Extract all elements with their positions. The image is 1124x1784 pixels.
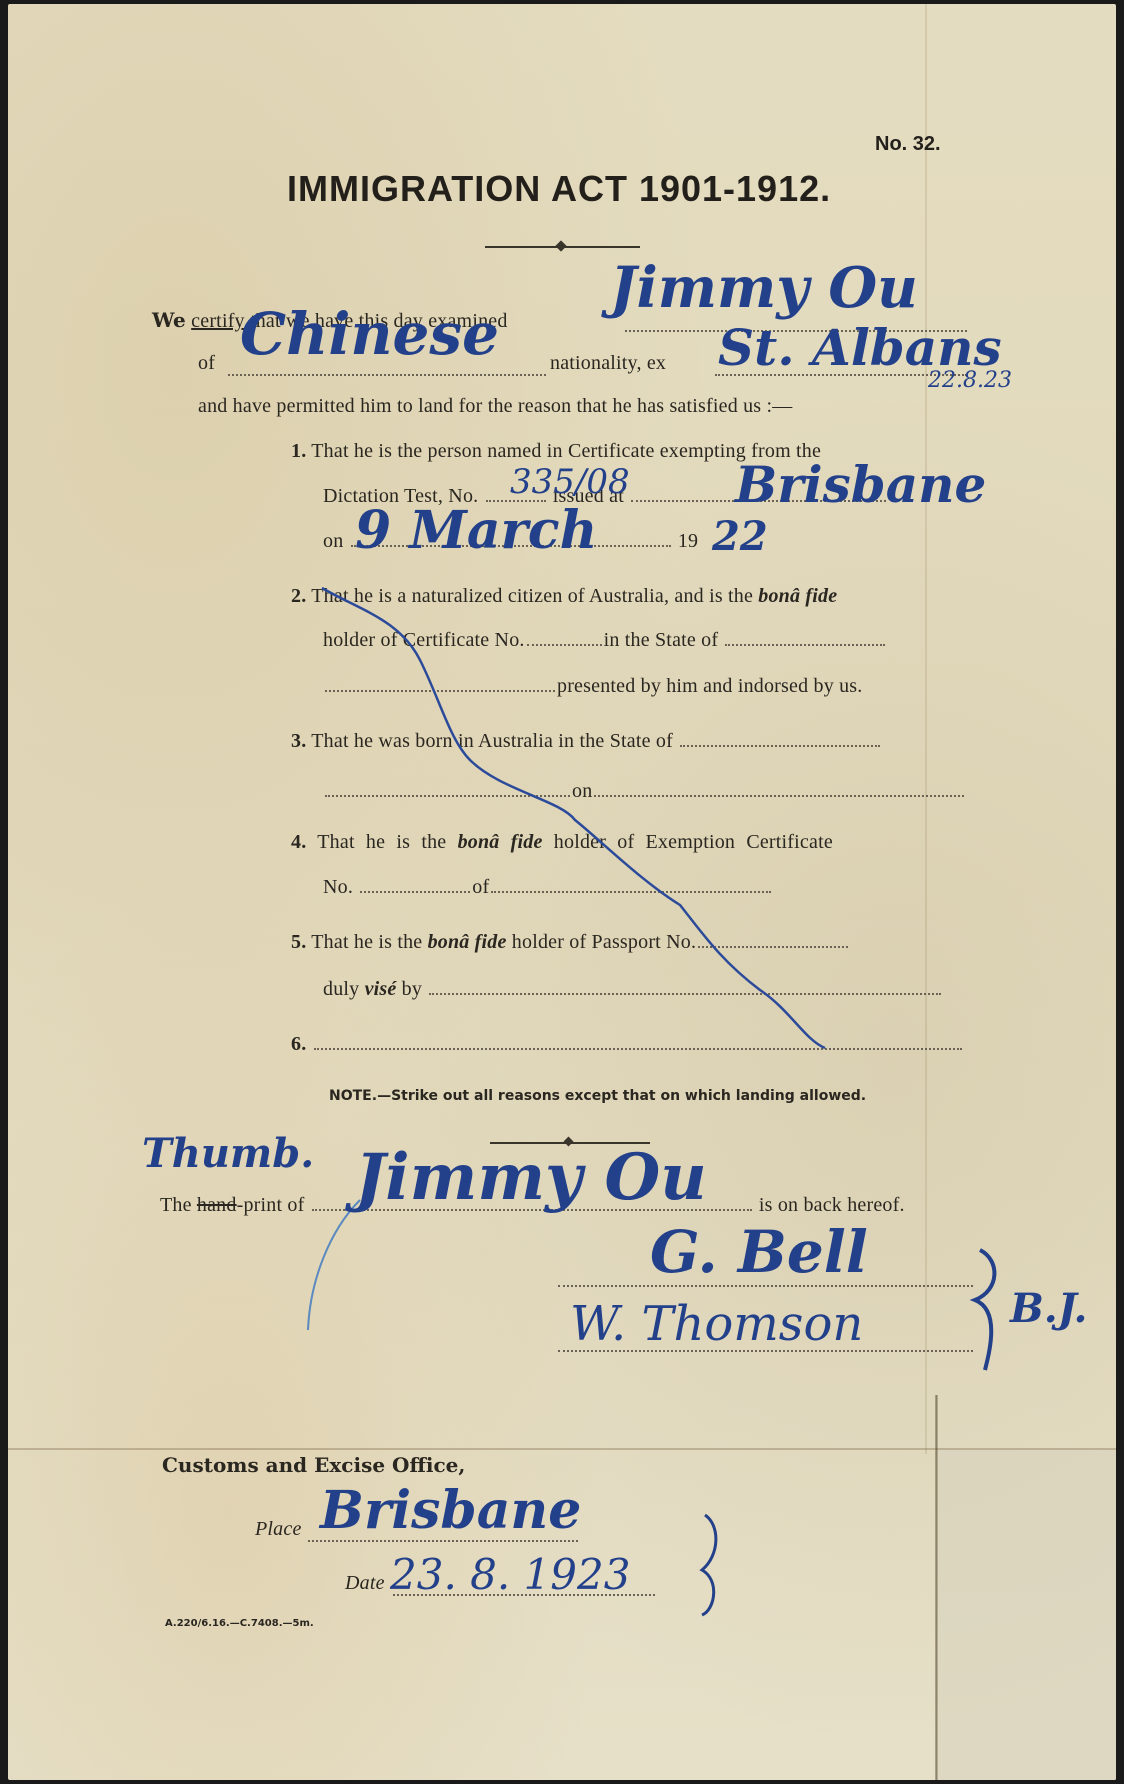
date-handwriting: 23. 8. 1923: [390, 1550, 630, 1599]
place-handwriting: Brisbane: [320, 1480, 581, 1541]
signature-1: G. Bell: [650, 1218, 868, 1286]
note-label: NOTE.: [329, 1088, 377, 1104]
print-name-handwriting: Jimmy Ou: [355, 1140, 707, 1215]
hand-struck-word: hand: [197, 1194, 237, 1216]
print-code: A.220/6.16.—C.7408.—5m.: [165, 1618, 314, 1629]
the-word: The: [160, 1194, 192, 1216]
back-hereof-text: back hereof.: [803, 1194, 904, 1216]
signature-2: W. Thomson: [570, 1296, 863, 1352]
signature-initials: B.J.: [1010, 1285, 1087, 1332]
note-text: —Strike out all reasons except that on w…: [377, 1088, 866, 1104]
print-of-text: -print of: [237, 1194, 305, 1216]
thumb-annotation-handwriting: Thumb.: [142, 1130, 314, 1177]
customs-office-heading: Customs and Excise Office,: [162, 1453, 465, 1477]
is-on-text: is on: [759, 1194, 798, 1216]
date-label: Date: [345, 1572, 385, 1595]
note-line: NOTE.—Strike out all reasons except that…: [329, 1088, 866, 1104]
place-label: Place: [255, 1518, 302, 1541]
